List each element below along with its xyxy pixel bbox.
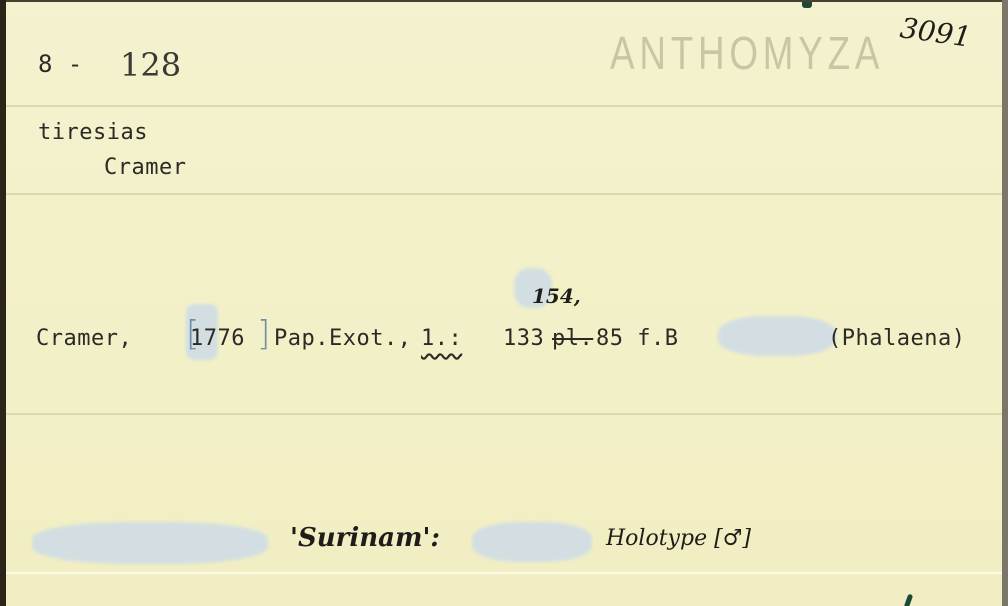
green-pen-mark <box>904 594 913 606</box>
ruled-line <box>6 413 1002 415</box>
type-status: Holotype [♂] <box>606 526 751 551</box>
type-locality: 'Surinam': <box>290 523 440 553</box>
year-close-bracket: ] <box>257 314 270 354</box>
ruled-line <box>6 105 1002 107</box>
catalog-number-typed: 8 - <box>38 50 83 78</box>
citation-plate: 85 f.B <box>596 326 678 351</box>
ruled-line <box>6 193 1002 195</box>
card-right-edge <box>1002 0 1008 606</box>
green-tab-mark <box>802 2 812 8</box>
page-insert-handwritten: 154, <box>532 284 581 308</box>
citation-author: Cramer, <box>36 326 132 351</box>
index-card: 8 - 128 ANTHOMYZA 3091 tiresias Cramer 1… <box>6 2 1002 606</box>
correction-fluid-mark <box>472 522 592 562</box>
citation-volume: 1.: <box>421 326 462 351</box>
citation-original-genus: (Phalaena) <box>828 326 965 351</box>
citation-plate-prefix: pl. <box>552 326 593 351</box>
citation-year: 1776 <box>190 326 245 351</box>
species-author: Cramer <box>104 155 186 180</box>
species-name: tiresias <box>38 120 148 145</box>
ruled-line <box>6 572 1002 574</box>
correction-fluid-mark <box>32 522 268 564</box>
citation-publication: Pap.Exot., <box>274 326 411 351</box>
correction-fluid-mark <box>718 316 836 356</box>
pencil-number: 3091 <box>898 11 973 54</box>
citation-page: 133 <box>503 326 544 351</box>
catalog-number-handwritten: 128 <box>120 46 181 84</box>
pencil-genus-label: ANTHOMYZA <box>610 26 884 80</box>
